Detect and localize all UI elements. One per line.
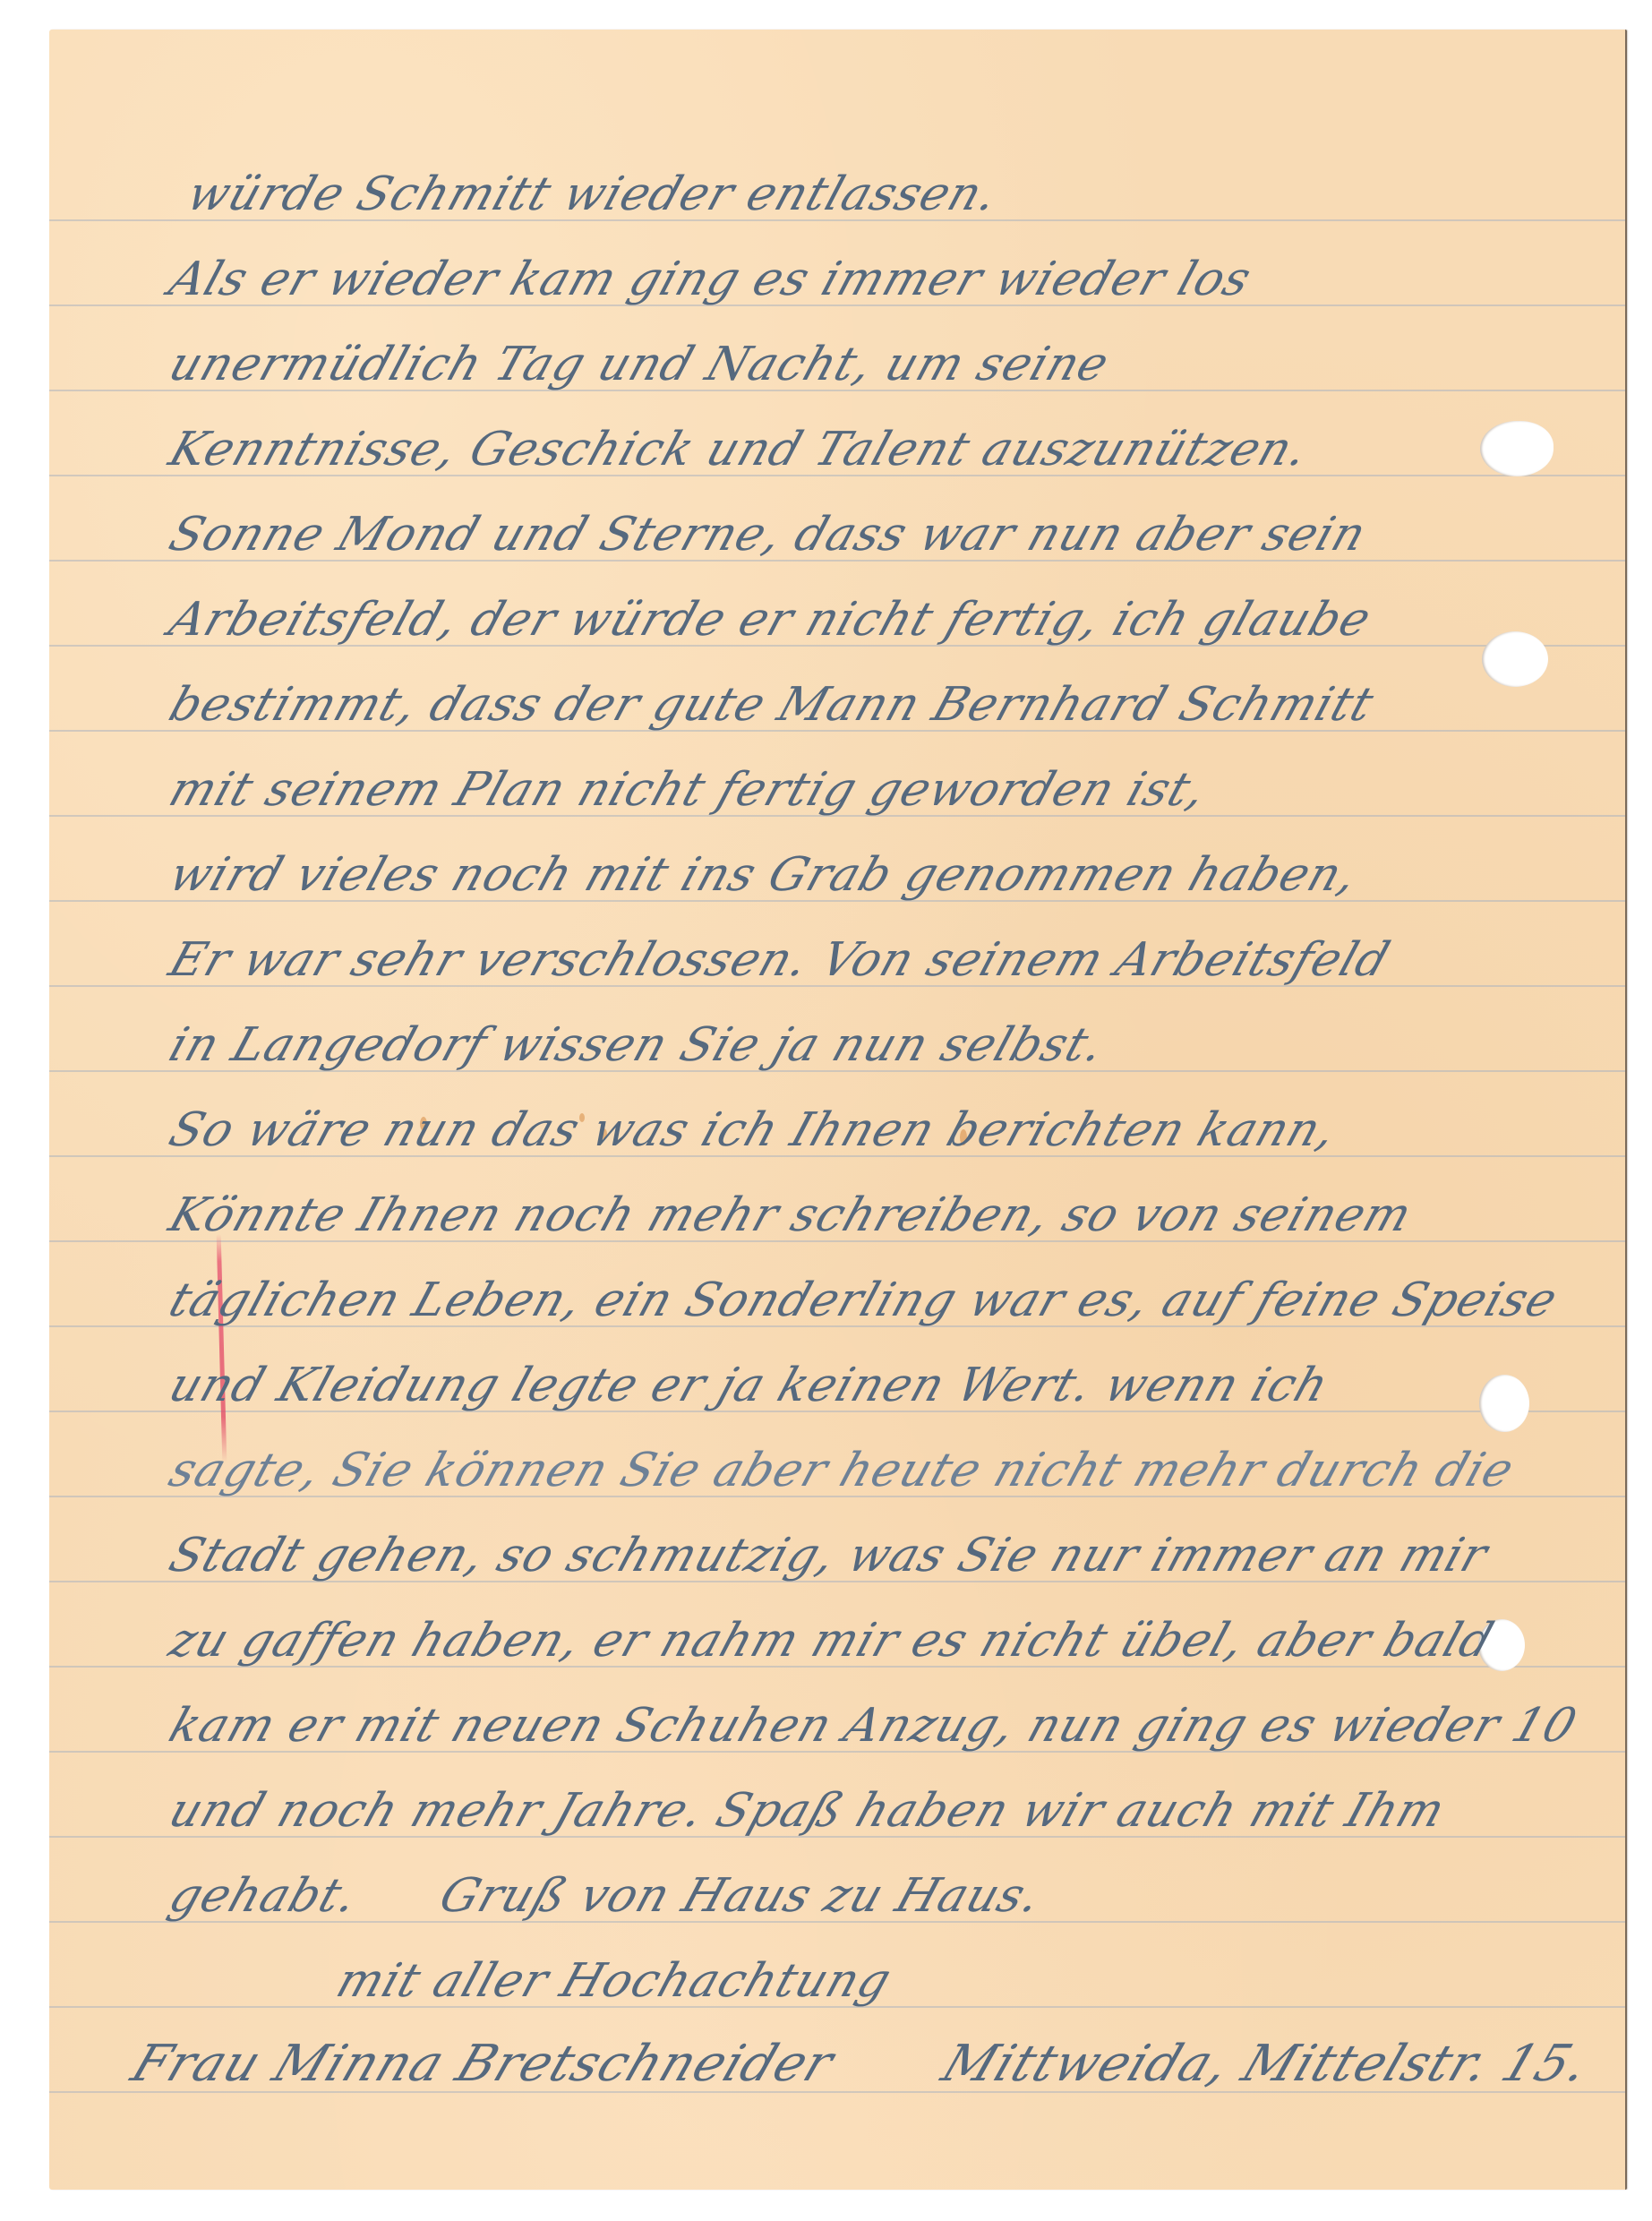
punch-hole — [1480, 421, 1554, 476]
letter-line: wird vieles noch mit ins Grab genommen h… — [164, 852, 1364, 898]
letter-line: in Langedorf wissen Sie ja nun selbst. — [164, 1022, 1110, 1068]
letter-line: würde Schmitt wieder entlassen. — [182, 171, 1004, 218]
letter-line: und noch mehr Jahre. Spaß haben wir auch… — [164, 1788, 1451, 1834]
letter-line: kam er mit neuen Schuhen Anzug, nun ging… — [164, 1702, 1582, 1749]
letter-line: Er war sehr verschlossen. Von seinem Arb… — [164, 937, 1395, 983]
letter-line: Könnte Ihnen noch mehr schreiben, so von… — [164, 1192, 1417, 1239]
letter-line: Stadt gehen, so schmutzig, was Sie nur i… — [164, 1532, 1494, 1579]
punch-hole — [1479, 1375, 1529, 1432]
letter-line: zu gaffen haben, er nahm mir es nicht üb… — [164, 1617, 1499, 1664]
letter-line: Als er wieder kam ging es immer wieder l… — [164, 256, 1257, 303]
signature-name: Frau Minna Bretschneider — [125, 2039, 840, 2089]
signature-address: Mittweida, Mittelstr. 15. — [936, 2039, 1596, 2089]
letter-line: Sonne Mond und Sterne, dass war nun aber… — [164, 511, 1372, 558]
letter-line: unermüdlich Tag und Nacht, um seine — [164, 341, 1115, 388]
letter-line: gehabt. — [164, 1873, 364, 1919]
letter-line: mit seinem Plan nicht fertig geworden is… — [164, 767, 1212, 813]
letter-page: würde Schmitt wieder entlassen. Als er w… — [49, 30, 1627, 2190]
letter-line: sagte, Sie können Sie aber heute nicht m… — [164, 1447, 1519, 1494]
letter-line: Arbeitsfeld, der würde er nicht fertig, … — [164, 596, 1377, 643]
letter-line: bestimmt, dass der gute Mann Bernhard Sc… — [164, 682, 1380, 728]
letter-line: täglichen Leben, ein Sonderling war es, … — [164, 1277, 1563, 1324]
letter-line: So wäre nun das was ich Ihnen berichten … — [164, 1107, 1342, 1153]
closing-respect: mit aller Hochachtung — [331, 1958, 897, 2004]
letter-line: Kenntnisse, Geschick und Talent auszunüt… — [164, 426, 1314, 473]
closing-greeting: Gruß von Haus zu Haus. — [434, 1873, 1047, 1919]
red-margin-mark — [217, 1234, 227, 1462]
letter-line: und Kleidung legte er ja keinen Wert. we… — [164, 1362, 1334, 1409]
punch-hole — [1482, 631, 1548, 687]
